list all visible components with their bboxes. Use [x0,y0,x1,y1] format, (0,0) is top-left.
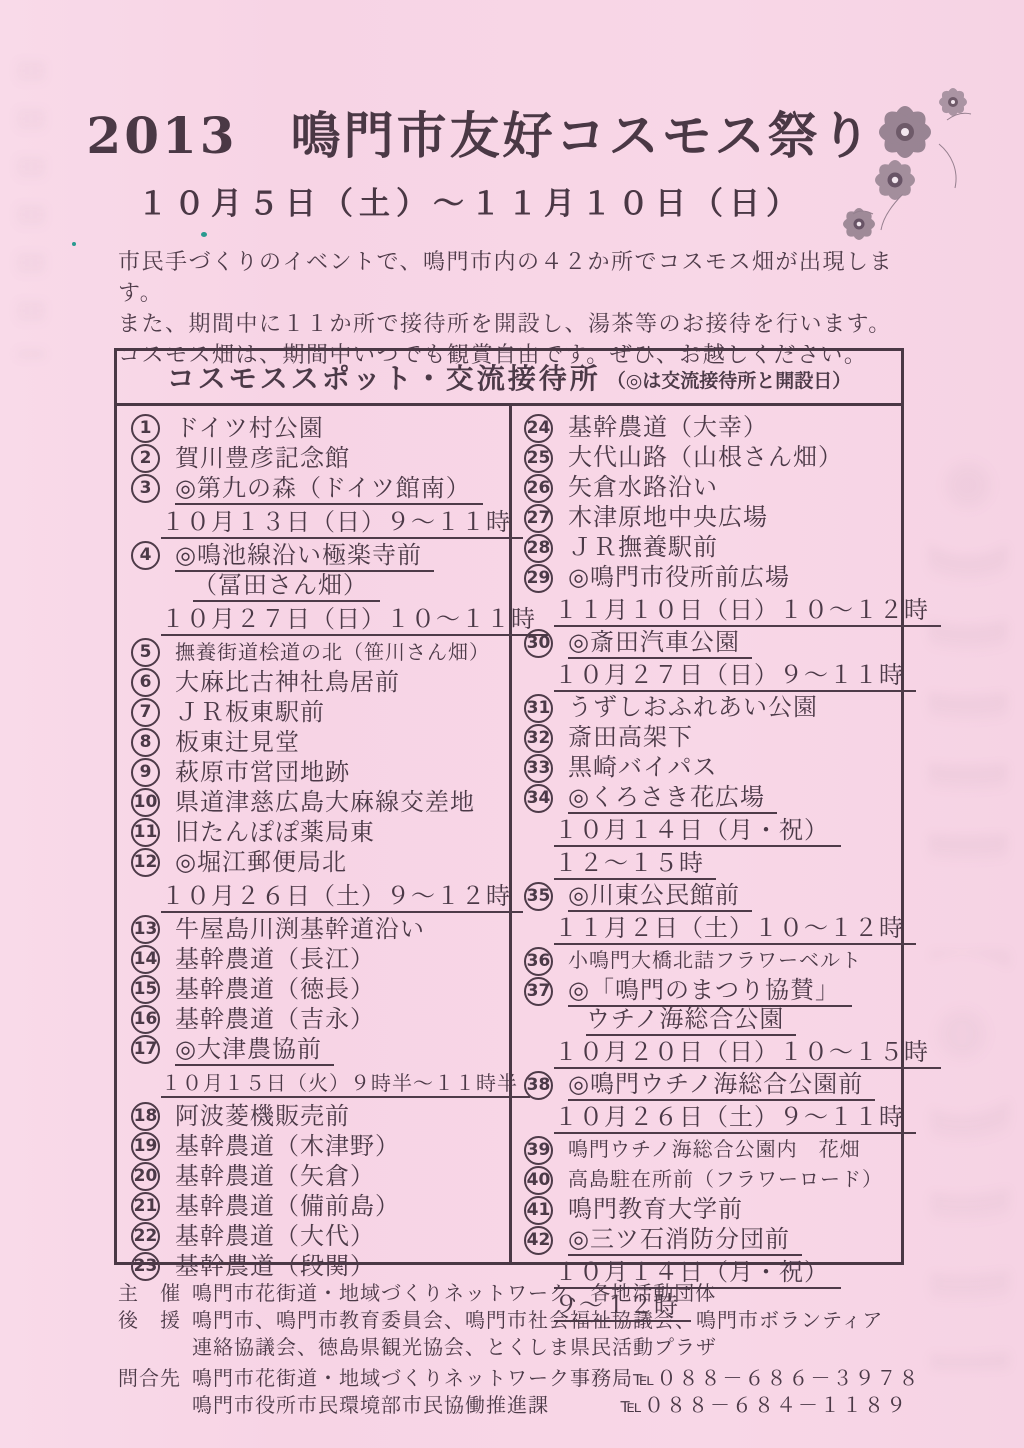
circled-number-badge: 20 [131,1162,160,1191]
spot-name: ウチノ海総合公園 [586,1005,941,1034]
circled-number-badge: 29 [524,564,553,593]
bleedthrough-smudge [930,950,1010,1370]
spot-item-lines: 大代山路（山根さん畑） [568,443,941,472]
footer-label [118,1392,192,1419]
spot-text: 県道津慈広島大麻線交差地 [175,788,475,816]
footer-text: 鳴門市、鳴門市教育委員会、鳴門市社会福祉協議会、鳴門市ボランティア [192,1307,883,1334]
spot-item-lines: ◎「鳴門のまつり協賛」ウチノ海総合公園１０月２０日（日）１０～１５時 [568,976,941,1070]
spot-text: ◎「鳴門のまつり協賛」 [568,976,852,1007]
spot-item-lines: 黒崎バイパス [568,753,941,782]
spot-item: 15基幹農道（徳長） [131,974,509,1004]
spot-item-lines: ◎くろさき花広場１０月１４日（月・祝）１２～１５時 [568,783,941,881]
spot-item: 34◎くろさき花広場１０月１４日（月・祝）１２～１５時 [524,783,941,881]
spot-item: 40高島駐在所前（フラワーロード） [524,1165,941,1195]
spot-text: 基幹農道（大代） [175,1222,375,1250]
circled-number-badge: 37 [524,977,553,1006]
spot-name: 鳴門教育大学前 [568,1195,941,1224]
circled-number-badge: 26 [524,474,553,503]
circled-number-badge: 35 [524,882,553,911]
spot-text: ◎斎田汽車公園 [568,628,752,659]
spot-name: 旧たんぽぽ薬局東 [175,817,509,847]
spot-name: ＪＲ板東駅前 [175,697,509,727]
spot-item: 31うずしおふれあい公園 [524,693,941,723]
spot-text: ◎くろさき花広場 [568,783,777,814]
spot-name: ◎堀江郵便局北 [175,847,509,877]
spot-open-schedule: １０月１３日（日）９～１１時 [161,507,509,537]
spot-text: １０月２６日（土）９～１１時 [554,1103,916,1134]
spot-name: ◎大津農協前 [175,1034,509,1064]
spot-item: 29◎鳴門市役所前広場１１月１０日（日）１０～１２時 [524,563,941,628]
spot-item-lines: ◎鳴門ウチノ海総合公園前１０月２６日（土）９～１１時 [568,1070,941,1135]
spot-name: 基幹農道（吉永） [175,1004,509,1034]
spot-item: 39鳴門ウチノ海総合公園内 花畑 [524,1135,941,1165]
spot-item: 35◎川東公民館前１１月２日（土）１０～１２時 [524,881,941,946]
spot-text: 高島駐在所前（フラワーロード） [568,1167,883,1191]
spot-name: 萩原市営団地跡 [175,757,509,787]
spot-open-schedule: １０月２７日（日）１０～１１時 [161,604,509,634]
spot-text: 斎田高架下 [568,723,693,751]
spot-text: 板東辻見堂 [175,728,300,756]
spot-item: 21基幹農道（備前島） [131,1191,509,1221]
circled-number-badge: 21 [131,1192,160,1221]
circled-number-badge: 19 [131,1132,160,1161]
spot-name: ◎「鳴門のまつり協賛」 [568,976,941,1005]
circled-number-badge: 30 [524,629,553,658]
spot-item: 26矢倉水路沿い [524,473,941,503]
spot-item-lines: ＪＲ板東駅前 [175,697,509,727]
spot-item: 25大代山路（山根さん畑） [524,443,941,473]
spot-item: 27木津原地中央広場 [524,503,941,533]
spot-text: 基幹農道（徳長） [175,975,375,1003]
spot-item-lines: 大麻比古神社鳥居前 [175,667,509,697]
spot-item-lines: 賀川豊彦記念館 [175,443,509,473]
spot-text: ドイツ村公園 [175,414,324,442]
spot-name: 基幹農道（木津野） [175,1131,509,1161]
spot-open-schedule: １０月１５日（火）９時半～１１時半 [161,1068,509,1098]
circled-number-badge: 40 [524,1166,553,1195]
circled-number-badge: 24 [524,414,553,443]
spot-text: うずしおふれあい公園 [568,693,818,721]
spot-item-lines: 基幹農道（備前島） [175,1191,509,1221]
spot-name: ＪＲ撫養駅前 [568,533,941,562]
spot-item: 8板東辻見堂 [131,727,509,757]
spot-item-lines: ◎堀江郵便局北１０月２６日（土）９～１２時 [175,847,509,914]
spot-item-lines: ＪＲ撫養駅前 [568,533,941,562]
spot-item: 16基幹農道（吉永） [131,1004,509,1034]
spot-open-schedule: １０月２６日（土）９～１２時 [161,881,509,911]
spot-text: １０月１３日（日）９～１１時 [161,508,523,539]
teal-speck [72,242,76,246]
spot-text: ＪＲ撫養駅前 [568,533,718,561]
spot-item-lines: 板東辻見堂 [175,727,509,757]
spot-item-lines: 阿波菱機販売前 [175,1101,509,1131]
spot-text: ◎堀江郵便局北 [175,848,347,876]
spot-text: 萩原市営団地跡 [175,758,350,786]
spot-text: 大麻比古神社鳥居前 [175,668,400,696]
spot-name: 賀川豊彦記念館 [175,443,509,473]
spot-name: ◎鳴門市役所前広場 [568,563,941,592]
spot-name: 基幹農道（徳長） [175,974,509,1004]
spot-name: ◎斎田汽車公園 [568,628,941,657]
spot-name: ◎第九の森（ドイツ館南） [175,473,509,503]
footer-row: 後 援鳴門市、鳴門市教育委員会、鳴門市社会福祉協議会、鳴門市ボランティア [118,1307,908,1334]
circled-number-badge: 18 [131,1102,160,1131]
spot-name: 黒崎バイパス [568,753,941,782]
spot-text: 賀川豊彦記念館 [175,444,350,472]
teal-speck [201,232,207,237]
spot-item: 24基幹農道（大幸） [524,413,941,443]
spot-item-lines: ドイツ村公園 [175,413,509,443]
spot-item-lines: 基幹農道（長江） [175,944,509,974]
spot-item: 11旧たんぽぽ薬局東 [131,817,509,847]
spot-column-left: 1ドイツ村公園2賀川豊彦記念館3◎第九の森（ドイツ館南）１０月１３日（日）９～１… [117,406,512,1262]
spot-item: 9萩原市営団地跡 [131,757,509,787]
spot-item-lines: 牛屋島川渕基幹道沿い [175,914,509,944]
footer-text: 鳴門市花街道・地域づくりネットワーク、各地活動団体 [192,1280,716,1307]
footer-text: 鳴門市役所市民環境部市民協働推進課 [192,1392,549,1419]
spot-item-lines: 矢倉水路沿い [568,473,941,502]
spot-text: 基幹農道（大幸） [568,413,768,441]
footer-label [118,1334,192,1361]
spot-name: うずしおふれあい公園 [568,693,941,722]
footer-row: 鳴門市役所市民環境部市民協働推進課℡０８８－６８４－１１８９ [118,1392,908,1419]
spot-text: 基幹農道（段関） [175,1252,375,1280]
circled-number-badge: 14 [131,945,160,974]
spot-item: 5撫養街道桧道の北（笹川さん畑） [131,637,509,667]
spot-text: 矢倉水路沿い [568,473,718,501]
spot-name: 県道津慈広島大麻線交差地 [175,787,509,817]
spot-list-title: コスモススポット・交流接待所 [167,357,601,397]
spot-text: 基幹農道（備前島） [175,1192,400,1220]
spot-item-lines: 基幹農道（吉永） [175,1004,509,1034]
spot-text: １２～１５時 [554,849,716,880]
spot-name: 撫養街道桧道の北（笹川さん畑） [175,637,509,667]
spot-item-lines: 基幹農道（木津野） [175,1131,509,1161]
spot-column-right: 24基幹農道（大幸）25大代山路（山根さん畑）26矢倉水路沿い27木津原地中央広… [512,406,941,1262]
spot-item: 13牛屋島川渕基幹道沿い [131,914,509,944]
spot-item: 7ＪＲ板東駅前 [131,697,509,727]
spot-item: 28ＪＲ撫養駅前 [524,533,941,563]
footer-label: 後 援 [118,1307,192,1334]
spot-name: ◎鳴門ウチノ海総合公園前 [568,1070,941,1099]
spot-item-lines: 萩原市営団地跡 [175,757,509,787]
organizer-footer: 主 催鳴門市花街道・地域づくりネットワーク、各地活動団体後 援鳴門市、鳴門市教育… [118,1280,908,1419]
spot-list-note: （◎は交流接待所と開設日） [607,362,852,393]
spot-open-schedule: １１月２日（土）１０～１２時 [554,914,941,943]
spot-item-lines: 小鳴門大橋北詰フラワーベルト [568,946,941,975]
spot-open-schedule: １０月２０日（日）１０～１５時 [554,1038,941,1067]
spot-name: 基幹農道（長江） [175,944,509,974]
spot-text: 基幹農道（吉永） [175,1005,375,1033]
circled-number-badge: 13 [131,915,160,944]
spot-item-lines: 高島駐在所前（フラワーロード） [568,1165,941,1194]
spot-open-schedule: １２～１５時 [554,849,941,878]
spot-text: 旧たんぽぽ薬局東 [175,818,375,846]
spot-name: 小鳴門大橋北詰フラワーベルト [568,946,941,975]
spot-item: 18阿波菱機販売前 [131,1101,509,1131]
spot-text: 撫養街道桧道の北（笹川さん畑） [175,640,490,664]
circled-number-badge: 4 [131,541,160,570]
spot-name: ◎川東公民館前 [568,881,941,910]
spot-name: ドイツ村公園 [175,413,509,443]
spot-name: 阿波菱機販売前 [175,1101,509,1131]
circled-number-badge: 31 [524,694,553,723]
spot-text: １１月１０日（日）１０～１２時 [554,596,941,627]
spot-text: 鳴門ウチノ海総合公園内 花畑 [568,1137,861,1161]
spot-item: 3◎第九の森（ドイツ館南）１０月１３日（日）９～１１時 [131,473,509,540]
spot-text: ＪＲ板東駅前 [175,698,325,726]
spot-text: 小鳴門大橋北詰フラワーベルト [568,948,862,972]
footer-row: 連絡協議会、徳島県観光協会、とくしま県民活動プラザ [118,1334,908,1361]
spot-text: ◎第九の森（ドイツ館南） [175,474,483,505]
spot-item-lines: 県道津慈広島大麻線交差地 [175,787,509,817]
spot-name: 矢倉水路沿い [568,473,941,502]
footer-label: 主 催 [118,1280,192,1307]
spot-text: １０月２７日（日）９～１１時 [554,661,916,692]
circled-number-badge: 11 [131,818,160,847]
circled-number-badge: 7 [131,698,160,727]
spot-name: 基幹農道（大幸） [568,413,941,442]
circled-number-badge: 34 [524,784,553,813]
spot-item: 6大麻比古神社鳥居前 [131,667,509,697]
spot-text: 黒崎バイパス [568,753,718,781]
spot-item: 22基幹農道（大代） [131,1221,509,1251]
spot-item: 4◎鳴池線沿い極楽寺前（冨田さん畑）１０月２７日（日）１０～１１時 [131,540,509,637]
spot-text: 牛屋島川渕基幹道沿い [175,915,425,943]
footer-text: 鳴門市花街道・地域づくりネットワーク事務局 [192,1365,633,1392]
spot-name: 大代山路（山根さん畑） [568,443,941,472]
spot-text: （冨田さん畑） [193,571,380,602]
spot-item-lines: ◎第九の森（ドイツ館南）１０月１３日（日）９～１１時 [175,473,509,540]
circled-number-badge: 2 [131,444,160,473]
flower-large [877,104,932,159]
spot-text: １１月２日（土）１０～１２時 [554,914,916,945]
circled-number-badge: 22 [131,1222,160,1251]
spot-name: 鳴門ウチノ海総合公園内 花畑 [568,1135,941,1164]
footer-row: 問合先鳴門市花街道・地域づくりネットワーク事務局℡０８８－６８６－３９７８ [118,1365,908,1392]
spot-item-lines: ◎川東公民館前１１月２日（土）１０～１２時 [568,881,941,946]
circled-number-badge: 17 [131,1035,160,1064]
spot-text: 大代山路（山根さん畑） [568,443,843,471]
spot-item-lines: 斎田高架下 [568,723,941,752]
spot-text: ◎三ツ石消防分団前 [568,1225,802,1256]
spot-item: 23基幹農道（段関） [131,1251,509,1281]
spot-item-lines: 旧たんぽぽ薬局東 [175,817,509,847]
spot-text: 基幹農道（木津野） [175,1132,400,1160]
circled-number-badge: 28 [524,534,553,563]
event-date-range: １０月５日（土）～１１月１０日（日） [0,178,940,223]
spot-item-lines: 木津原地中央広場 [568,503,941,532]
footer-text: 連絡協議会、徳島県観光協会、とくしま県民活動プラザ [192,1334,717,1361]
spot-text: １０月１５日（火）９時半～１１時半 [161,1071,530,1098]
spot-name: 高島駐在所前（フラワーロード） [568,1165,941,1194]
spot-item: 32斎田高架下 [524,723,941,753]
spot-item: 17◎大津農協前１０月１５日（火）９時半～１１時半 [131,1034,509,1101]
spot-item: 19基幹農道（木津野） [131,1131,509,1161]
spot-item: 1ドイツ村公園 [131,413,509,443]
circled-number-badge: 3 [131,474,160,503]
spot-item: 12◎堀江郵便局北１０月２６日（土）９～１２時 [131,847,509,914]
spot-open-schedule: １０月２６日（土）９～１１時 [554,1103,941,1132]
spot-text: 鳴門教育大学前 [568,1195,743,1223]
spot-name: 基幹農道（備前島） [175,1191,509,1221]
spot-item: 10県道津慈広島大麻線交差地 [131,787,509,817]
spot-list-header: コスモススポット・交流接待所 （◎は交流接待所と開設日） [117,351,901,406]
circled-number-badge: 25 [524,444,553,473]
circled-number-badge: 42 [524,1226,553,1255]
spot-name: ◎くろさき花広場 [568,783,941,812]
spot-item: 36小鳴門大橋北詰フラワーベルト [524,946,941,976]
spot-item: 41鳴門教育大学前 [524,1195,941,1225]
spot-item: 14基幹農道（長江） [131,944,509,974]
circled-number-badge: 41 [524,1196,553,1225]
spot-name: 大麻比古神社鳥居前 [175,667,509,697]
spot-item-lines: 基幹農道（大代） [175,1221,509,1251]
spot-open-schedule: １０月２７日（日）９～１１時 [554,661,941,690]
spot-item-lines: ◎鳴池線沿い極楽寺前（冨田さん畑）１０月２７日（日）１０～１１時 [175,540,509,637]
spot-item: 37◎「鳴門のまつり協賛」ウチノ海総合公園１０月２０日（日）１０～１５時 [524,976,941,1070]
page-title: 2013 鳴門市友好コスモス祭り [0,96,960,168]
spot-item-lines: 基幹農道（段関） [175,1251,509,1281]
spot-item: 33黒崎バイパス [524,753,941,783]
spot-item-lines: 基幹農道（大幸） [568,413,941,442]
spot-open-schedule: １１月１０日（日）１０～１２時 [554,596,941,625]
spot-text: １０月２０日（日）１０～１５時 [554,1038,941,1069]
circled-number-badge: 32 [524,724,553,753]
spot-item: 30◎斎田汽車公園１０月２７日（日）９～１１時 [524,628,941,693]
circled-number-badge: 16 [131,1005,160,1034]
flyer-page: 2013 鳴門市友好コスモス祭り [0,0,1024,1448]
spot-text: 基幹農道（長江） [175,945,375,973]
circled-number-badge: 10 [131,788,160,817]
spot-name: 木津原地中央広場 [568,503,941,532]
spot-item-lines: 鳴門ウチノ海総合公園内 花畑 [568,1135,941,1164]
spot-item-lines: 基幹農道（矢倉） [175,1161,509,1191]
spot-text: ◎大津農協前 [175,1035,334,1066]
circled-number-badge: 23 [131,1252,160,1281]
spot-item-lines: ◎斎田汽車公園１０月２７日（日）９～１１時 [568,628,941,693]
spot-item: 2賀川豊彦記念館 [131,443,509,473]
cosmos-flowers-icon [843,84,993,249]
phone-number: ℡０８８－６８６－３９７８ [633,1365,920,1392]
spot-name: 斎田高架下 [568,723,941,752]
footer-row: 主 催鳴門市花街道・地域づくりネットワーク、各地活動団体 [118,1280,908,1307]
spot-list-box: コスモススポット・交流接待所 （◎は交流接待所と開設日） 1ドイツ村公園2賀川豊… [114,348,904,1265]
spot-item: 20基幹農道（矢倉） [131,1161,509,1191]
circled-number-badge: 39 [524,1136,553,1165]
spot-item-lines: 鳴門教育大学前 [568,1195,941,1224]
circled-number-badge: 38 [524,1071,553,1100]
circled-number-badge: 5 [131,638,160,667]
circled-number-badge: 36 [524,947,553,976]
circled-number-badge: 9 [131,758,160,787]
circled-number-badge: 8 [131,728,160,757]
phone-number: ℡０８８－６８４－１１８９ [621,1392,908,1419]
circled-number-badge: 12 [131,848,160,877]
footer-label: 問合先 [118,1365,192,1392]
spot-name: ◎鳴池線沿い極楽寺前 [175,540,509,570]
spot-item-lines: 基幹農道（徳長） [175,974,509,1004]
spot-item-lines: ◎鳴門市役所前広場１１月１０日（日）１０～１２時 [568,563,941,628]
spot-text: ◎鳴門市役所前広場 [568,563,790,591]
circled-number-badge: 27 [524,504,553,533]
spot-text: ◎川東公民館前 [568,881,752,912]
spot-name: 基幹農道（大代） [175,1221,509,1251]
spot-name: 牛屋島川渕基幹道沿い [175,914,509,944]
spot-name: 基幹農道（矢倉） [175,1161,509,1191]
spot-name: 基幹農道（段関） [175,1251,509,1281]
intro-line: また、期間中に１１か所で接待所を開設し、湯茶等のお接待を行います。 [118,309,918,340]
spot-item: 38◎鳴門ウチノ海総合公園前１０月２６日（土）９～１１時 [524,1070,941,1135]
spot-text: １０月２６日（土）９～１２時 [161,882,523,913]
spot-text: ◎鳴門ウチノ海総合公園前 [568,1070,875,1101]
circled-number-badge: 6 [131,668,160,697]
intro-line: 市民手づくりのイベントで、鳴門市内の４２か所でコスモス畑が出現します。 [118,247,918,309]
spot-name: （冨田さん畑） [193,570,509,600]
circled-number-badge: 33 [524,754,553,783]
spot-name: 板東辻見堂 [175,727,509,757]
spot-text: １０月１４日（月・祝） [554,816,841,847]
spot-text: ◎鳴池線沿い極楽寺前 [175,541,434,572]
flower-small-top [938,87,968,117]
spot-open-schedule: １０月１４日（月・祝） [554,816,941,845]
spot-text: 基幹農道（矢倉） [175,1162,375,1190]
spot-text: ウチノ海総合公園 [586,1005,796,1036]
circled-number-badge: 1 [131,414,160,443]
spot-text: １０月２７日（日）１０～１１時 [161,605,548,636]
circled-number-badge: 15 [131,975,160,1004]
spot-text: 木津原地中央広場 [568,503,768,531]
spot-text: 阿波菱機販売前 [175,1102,350,1130]
spot-columns: 1ドイツ村公園2賀川豊彦記念館3◎第九の森（ドイツ館南）１０月１３日（日）９～１… [117,406,901,1262]
spot-item-lines: 撫養街道桧道の北（笹川さん畑） [175,637,509,667]
spot-item-lines: うずしおふれあい公園 [568,693,941,722]
spot-item-lines: ◎大津農協前１０月１５日（火）９時半～１１時半 [175,1034,509,1101]
spot-name: ◎三ツ石消防分団前 [568,1225,941,1254]
